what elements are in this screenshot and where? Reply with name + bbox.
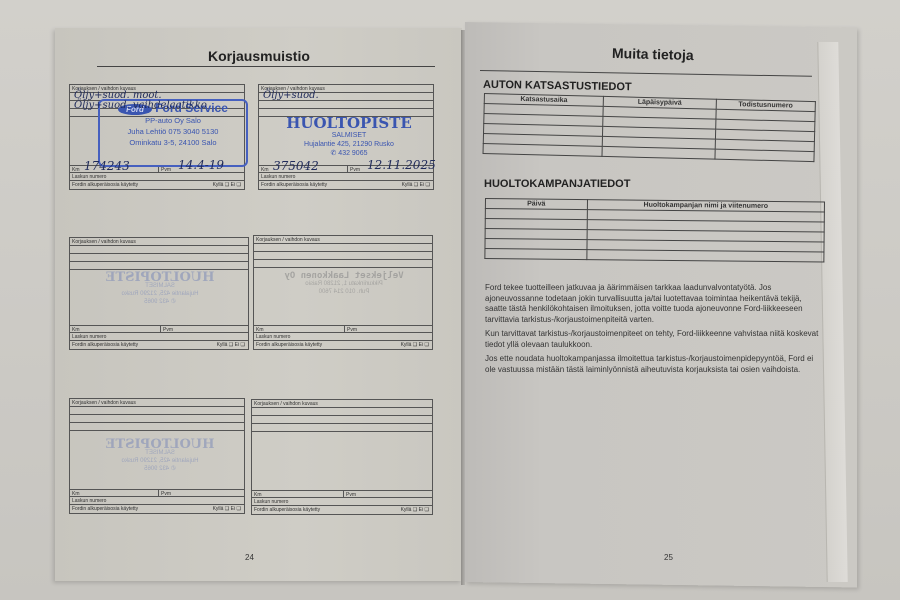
- stamp-address: Hujalantie 425, 21290 Rusko: [269, 140, 429, 149]
- invoice-number-label: Laskun numero: [70, 497, 244, 505]
- date-label: Pvm: [343, 491, 356, 497]
- description-label: Korjauksen / vaihdon kuvaus: [254, 236, 432, 244]
- description-line: [252, 416, 432, 424]
- km-date-row: KmPvm: [252, 490, 432, 498]
- stamp-dealer-name: PP-auto Oy Salo: [100, 115, 246, 126]
- date-label: Pvm: [158, 490, 171, 496]
- left-page-number: 24: [245, 553, 254, 562]
- table-cell[interactable]: [715, 149, 815, 161]
- genuine-parts-label: Fordin alkuperäisosia käytettyKyllä ❑ Ei…: [70, 505, 244, 514]
- info-paragraph: Jos ette noudata huoltokampanjassa ilmoi…: [485, 354, 825, 375]
- km-date-row: KmPvm: [254, 325, 432, 333]
- genuine-parts-label: Fordin alkuperäisosia käytettyKyllä ❑ Ei…: [70, 181, 244, 190]
- date-label: Pvm: [160, 326, 173, 332]
- title-rule: [97, 66, 435, 67]
- genuine-parts-label: Fordin alkuperäisosia käytettyKyllä ❑ Ei…: [252, 506, 432, 515]
- yes-no-checkboxes[interactable]: Kyllä ❑ Ei ❑: [213, 181, 241, 189]
- description-line: [259, 101, 433, 109]
- stamp-address: Ominkatu 3-5, 24100 Salo: [100, 137, 246, 148]
- description-line: [252, 408, 432, 416]
- description-line: [70, 262, 248, 270]
- stamp-subtitle: SALMISET: [269, 131, 429, 140]
- description-line: [70, 254, 248, 262]
- campaign-table: PäiväHuoltokampanjan nimi ja viitenumero: [484, 198, 825, 263]
- yes-no-checkboxes[interactable]: Kyllä ❑ Ei ❑: [217, 341, 245, 349]
- dealer-stamp: HUOLTOPISTESALMISETHujalantie 425, 21290…: [269, 115, 429, 158]
- stamp-contact: Juha Lehtiö 075 3040 5130: [100, 126, 246, 137]
- inspection-table: KatsastusaikaLäpäisypäiväTodistusnumero: [483, 93, 816, 162]
- ghost-stamp-imprint: Veljekset Laakkonen OyPikkuriinkatu 1, 2…: [269, 272, 419, 296]
- handwritten-description: Öljy+suod. vaihdelaatikko: [74, 100, 207, 111]
- table-cell[interactable]: [485, 249, 587, 260]
- handwritten-date: 12.11.2025: [367, 158, 436, 172]
- genuine-parts-label: Fordin alkuperäisosia käytettyKyllä ❑ Ei…: [259, 181, 433, 190]
- description-line: [70, 415, 244, 423]
- invoice-number-label: Laskun numero: [252, 498, 432, 506]
- repair-record-card: Korjauksen / vaihdon kuvausKmPvmLaskun n…: [251, 399, 433, 515]
- repair-record-card: Korjauksen / vaihdon kuvausKmPvmLaskun n…: [69, 398, 245, 514]
- genuine-parts-label: Fordin alkuperäisosia käytettyKyllä ❑ Ei…: [254, 341, 432, 350]
- km-date-row: KmPvm: [70, 325, 248, 333]
- genuine-parts-label: Fordin alkuperäisosia käytettyKyllä ❑ Ei…: [70, 341, 248, 350]
- invoice-number-label: Laskun numero: [70, 173, 244, 181]
- ghost-stamp-name: HUOLTOPISTE: [85, 274, 235, 282]
- ghost-stamp-imprint: HUOLTOPISTESALMISETHujalantie 425, 21290…: [85, 274, 235, 306]
- ghost-stamp-name: HUOLTOPISTE: [85, 441, 235, 449]
- campaign-heading: HUOLTOKAMPANJATIEDOT: [484, 178, 630, 190]
- description-line: [254, 252, 432, 260]
- ghost-stamp-name: Veljekset Laakkonen Oy: [269, 272, 419, 280]
- ghost-stamp-line: Hujalantie 425, 21290 Rusko: [85, 457, 235, 465]
- description-label: Korjauksen / vaihdon kuvaus: [252, 400, 432, 408]
- invoice-number-label: Laskun numero: [70, 333, 248, 341]
- yes-no-checkboxes[interactable]: Kyllä ❑ Ei ❑: [401, 341, 429, 349]
- date-label: Pvm: [347, 166, 360, 172]
- yes-no-checkboxes[interactable]: Kyllä ❑ Ei ❑: [401, 506, 429, 514]
- table-cell[interactable]: [602, 146, 715, 159]
- ghost-stamp-line: Hujalantie 425, 21290 Rusko: [85, 290, 235, 298]
- left-page-title: Korjausmuistio: [208, 48, 310, 64]
- table-cell[interactable]: [587, 250, 824, 262]
- handwritten-km: 174243: [84, 159, 130, 173]
- date-label: Pvm: [344, 326, 357, 332]
- info-paragraph: Kun tarvittavat tarkistus-/korjaustoimen…: [485, 329, 825, 350]
- inspection-heading: AUTON KATSASTUSTIEDOT: [483, 79, 632, 94]
- invoice-number-label: Laskun numero: [259, 173, 433, 181]
- handwritten-km: 375042: [273, 159, 319, 173]
- ghost-stamp-line: ✆ 432 9065: [85, 298, 235, 306]
- right-page-number: 25: [664, 553, 673, 562]
- campaign-info-text: Ford tekee tuotteilleen jatkuvaa ja ääri…: [485, 283, 825, 379]
- repair-record-card: Korjauksen / vaihdon kuvausKmPvmLaskun n…: [253, 235, 433, 350]
- description-label: Korjauksen / vaihdon kuvaus: [70, 238, 248, 246]
- ghost-stamp-line: ✆ 432 9065: [85, 465, 235, 473]
- description-line: [70, 423, 244, 431]
- ghost-stamp-line: Puh. 010 214 7600: [269, 288, 419, 296]
- ghost-stamp-line: Pikkuriinkatu 1, 21280 Raisio: [269, 280, 419, 288]
- handwritten-description: Öljy+suod.: [263, 90, 319, 101]
- description-line: [70, 407, 244, 415]
- info-paragraph: Ford tekee tuotteilleen jatkuvaa ja ääri…: [485, 283, 825, 325]
- description-line: [254, 260, 432, 268]
- handwritten-date: 14.4-19: [178, 158, 224, 172]
- description-line: [70, 246, 248, 254]
- repair-record-card: Korjauksen / vaihdon kuvausKmPvmLaskun n…: [69, 237, 249, 350]
- description-line: [254, 244, 432, 252]
- km-date-row: KmPvm: [70, 489, 244, 497]
- right-page-title: Muita tietoja: [612, 45, 694, 63]
- ghost-stamp-imprint: HUOLTOPISTESALMISETHujalantie 425, 21290…: [85, 441, 235, 473]
- stamp-phone: ✆ 432 9065: [269, 149, 429, 158]
- yes-no-checkboxes[interactable]: Kyllä ❑ Ei ❑: [213, 505, 241, 513]
- invoice-number-label: Laskun numero: [254, 333, 432, 341]
- description-line: [252, 424, 432, 432]
- stamp-name: HUOLTOPISTE: [269, 115, 429, 131]
- description-label: Korjauksen / vaihdon kuvaus: [70, 399, 244, 407]
- yes-no-checkboxes[interactable]: Kyllä ❑ Ei ❑: [402, 181, 430, 189]
- repair-record-card: Korjauksen / vaihdon kuvausKmPvmLaskun n…: [69, 84, 245, 190]
- repair-record-card: Korjauksen / vaihdon kuvausKmPvmLaskun n…: [258, 84, 434, 190]
